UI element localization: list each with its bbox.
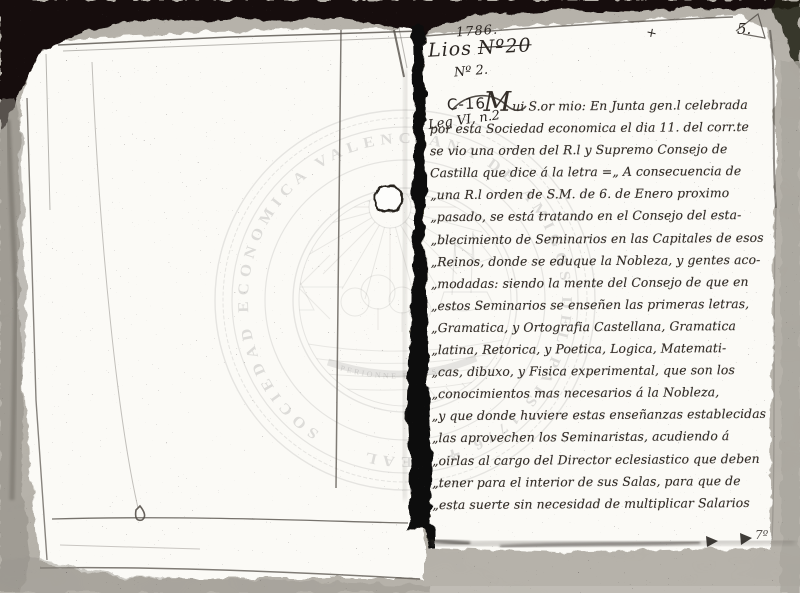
scan-background-art: SOCIEDAD ECONOMICA VALENCIANA DE AMIGOS …: [0, 0, 800, 593]
speck-noise: [0, 0, 800, 593]
scanned-document: SOCIEDAD ECONOMICA VALENCIANA DE AMIGOS …: [0, 0, 800, 593]
